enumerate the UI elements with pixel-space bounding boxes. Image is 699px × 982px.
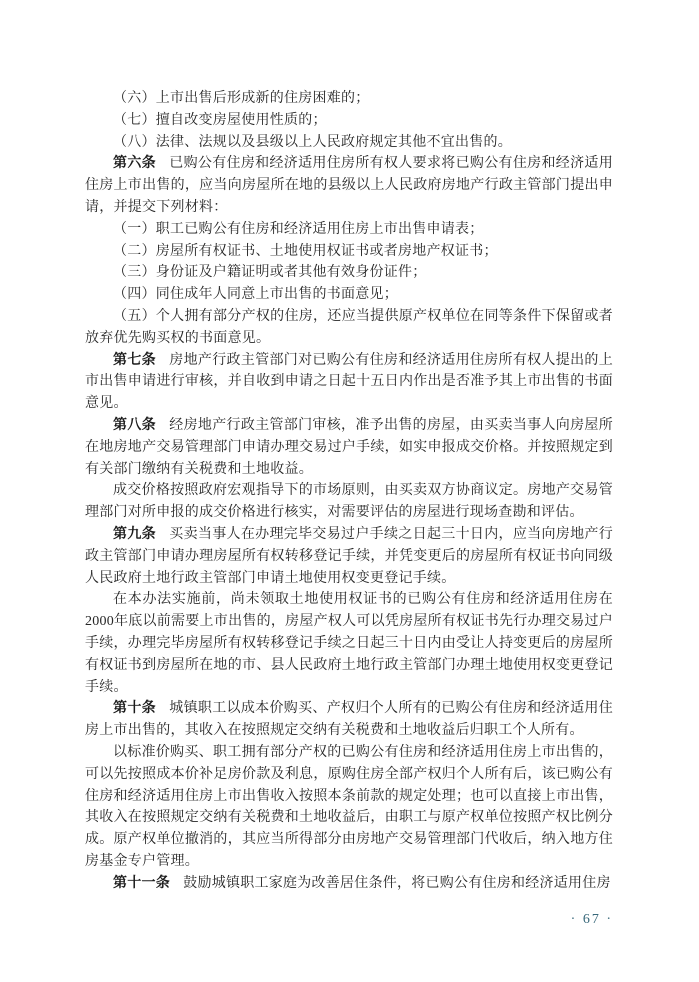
paragraph-text: （七）擅自改变房屋使用性质的；: [113, 113, 327, 128]
document-paragraph: （八）法律、法规以及县级以上人民政府规定其他不宜出售的。: [85, 132, 613, 154]
document-paragraph: 成交价格按照政府宏观指导下的市场原则，由买卖双方协商议定。房地产交易管理部门对所…: [85, 480, 613, 524]
paragraph-text: （二）房屋所有权证书、土地使用权证书或者房地产权证书；: [113, 244, 498, 259]
page-number: · 67 ·: [85, 911, 613, 929]
document-page: （六）上市出售后形成新的住房困难的； （七）擅自改变房屋使用性质的； （八）法律…: [0, 0, 699, 982]
paragraph-text: 已购公有住房和经济适用住房所有权人要求将已购公有住房和经济适用住房上市出售的，应…: [85, 156, 613, 215]
document-paragraph: 第十一条鼓励城镇职工家庭为改善居住条件，将已购公有住房和经济适用住房: [85, 873, 613, 895]
document-paragraph: 在本办法实施前，尚未领取土地使用权证书的已购公有住房和经济适用住房在2000年底…: [85, 589, 613, 698]
article-number: 第六条: [113, 156, 156, 171]
page-number-text: · 67 ·: [571, 912, 613, 927]
paragraph-text: 房地产行政主管部门对已购公有住房和经济适用住房所有权人提出的上市出售申请进行审核…: [85, 353, 613, 412]
document-paragraph: 第九条买卖当事人在办理完毕交易过户手续之日起三十日内，应当向房地产行政主管部门申…: [85, 524, 613, 589]
article-number: 第九条: [113, 527, 156, 542]
document-paragraph: （一）职工已购公有住房和经济适用住房上市出售申请表；: [85, 219, 613, 241]
document-body: （六）上市出售后形成新的住房困难的； （七）擅自改变房屋使用性质的； （八）法律…: [85, 88, 613, 894]
document-paragraph: 以标准价购买、职工拥有部分产权的已购公有住房和经济适用住房上市出售的，可以先按照…: [85, 742, 613, 873]
article-number: 第十条: [113, 701, 156, 716]
document-paragraph: 第八条经房地产行政主管部门审核，准予出售的房屋，由买卖当事人向房屋所在地房地产交…: [85, 415, 613, 480]
document-paragraph: 第六条已购公有住房和经济适用住房所有权人要求将已购公有住房和经济适用住房上市出售…: [85, 153, 613, 218]
document-paragraph: （四）同住成年人同意上市出售的书面意见；: [85, 284, 613, 306]
paragraph-text: 在本办法实施前，尚未领取土地使用权证书的已购公有住房和经济适用住房在2000年底…: [85, 592, 613, 694]
paragraph-text: 鼓励城镇职工家庭为改善居住条件，将已购公有住房和经济适用住房: [183, 876, 611, 891]
paragraph-text: （五）个人拥有部分产权的住房，还应当提供原产权单位在同等条件下保留或者放弃优先购…: [85, 309, 613, 346]
document-paragraph: （五）个人拥有部分产权的住房，还应当提供原产权单位在同等条件下保留或者放弃优先购…: [85, 306, 613, 350]
document-paragraph: （六）上市出售后形成新的住房困难的；: [85, 88, 613, 110]
article-number: 第十一条: [113, 876, 170, 891]
paragraph-text: （三）身份证及户籍证明或者其他有效身份证件；: [113, 265, 427, 280]
paragraph-text: （六）上市出售后形成新的住房困难的；: [113, 91, 370, 106]
article-number: 第八条: [113, 418, 156, 433]
document-paragraph: （七）擅自改变房屋使用性质的；: [85, 110, 613, 132]
paragraph-text: （八）法律、法规以及县级以上人民政府规定其他不宜出售的。: [113, 135, 512, 150]
article-number: 第七条: [113, 353, 156, 368]
document-paragraph: 第七条房地产行政主管部门对已购公有住房和经济适用住房所有权人提出的上市出售申请进…: [85, 350, 613, 415]
paragraph-text: 城镇职工以成本价购买、产权归个人所有的已购公有住房和经济适用住房上市出售的，其收…: [85, 701, 613, 738]
paragraph-text: 以标准价购买、职工拥有部分产权的已购公有住房和经济适用住房上市出售的，可以先按照…: [85, 745, 613, 869]
document-paragraph: （三）身份证及户籍证明或者其他有效身份证件；: [85, 262, 613, 284]
paragraph-text: 经房地产行政主管部门审核，准予出售的房屋，由买卖当事人向房屋所在地房地产交易管理…: [85, 418, 613, 477]
paragraph-text: （一）职工已购公有住房和经济适用住房上市出售申请表；: [113, 222, 484, 237]
paragraph-text: 买卖当事人在办理完毕交易过户手续之日起三十日内，应当向房地产行政主管部门申请办理…: [85, 527, 613, 586]
paragraph-text: 成交价格按照政府宏观指导下的市场原则，由买卖双方协商议定。房地产交易管理部门对所…: [85, 483, 613, 520]
document-paragraph: （二）房屋所有权证书、土地使用权证书或者房地产权证书；: [85, 241, 613, 263]
document-paragraph: 第十条城镇职工以成本价购买、产权归个人所有的已购公有住房和经济适用住房上市出售的…: [85, 698, 613, 742]
paragraph-text: （四）同住成年人同意上市出售的书面意见；: [113, 287, 398, 302]
